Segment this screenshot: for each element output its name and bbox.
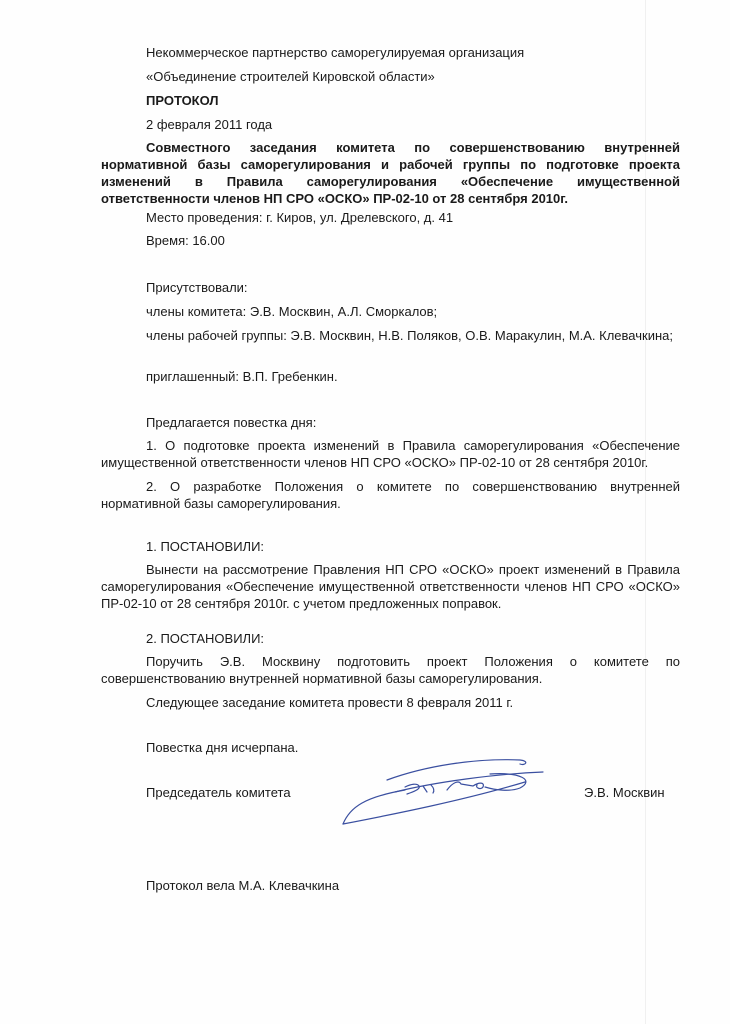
agenda-heading: Предлагается повестка дня: (146, 414, 680, 431)
agenda-item: 1. О подготовке проекта изменений в Прав… (101, 437, 680, 471)
protocol-recorder: Протокол вела М.А. Клевачкина (146, 877, 680, 894)
attendance-committee: члены комитета: Э.В. Москвин, А.Л. Сморк… (146, 303, 680, 320)
org-line-1: Некоммерческое партнерство саморегулируе… (146, 44, 680, 61)
attendance-invited: приглашенный: В.П. Гребенкин. (146, 368, 680, 385)
doc-type-heading: ПРОТОКОЛ (146, 92, 680, 109)
next-meeting: Следующее заседание комитета провести 8 … (146, 694, 680, 711)
resolution-1-heading: 1. ПОСТАНОВИЛИ: (146, 538, 680, 555)
document-page: Некоммерческое партнерство саморегулируе… (0, 0, 730, 1024)
signature-role: Председатель комитета (146, 785, 291, 800)
doc-date: 2 февраля 2011 года (146, 116, 680, 133)
agenda-item: 2. О разработке Положения о комитете по … (101, 478, 680, 512)
resolution-2-text: Поручить Э.В. Москвину подготовить проек… (101, 653, 680, 687)
signatory-name: Э.В. Москвин (584, 785, 665, 800)
attendance-working-group: члены рабочей группы: Э.В. Москвин, Н.В.… (101, 327, 680, 344)
resolution-1-text: Вынести на рассмотрение Правления НП СРО… (101, 561, 680, 612)
handwritten-signature-icon (335, 752, 545, 827)
doc-title: Совместного заседания комитета по соверш… (101, 139, 680, 207)
meeting-time: Время: 16.00 (146, 232, 680, 249)
resolution-2-heading: 2. ПОСТАНОВИЛИ: (146, 630, 680, 647)
org-line-2: «Объединение строителей Кировской област… (146, 68, 680, 85)
meeting-place: Место проведения: г. Киров, ул. Дрелевск… (146, 209, 680, 226)
attendance-heading: Присутствовали: (146, 279, 680, 296)
